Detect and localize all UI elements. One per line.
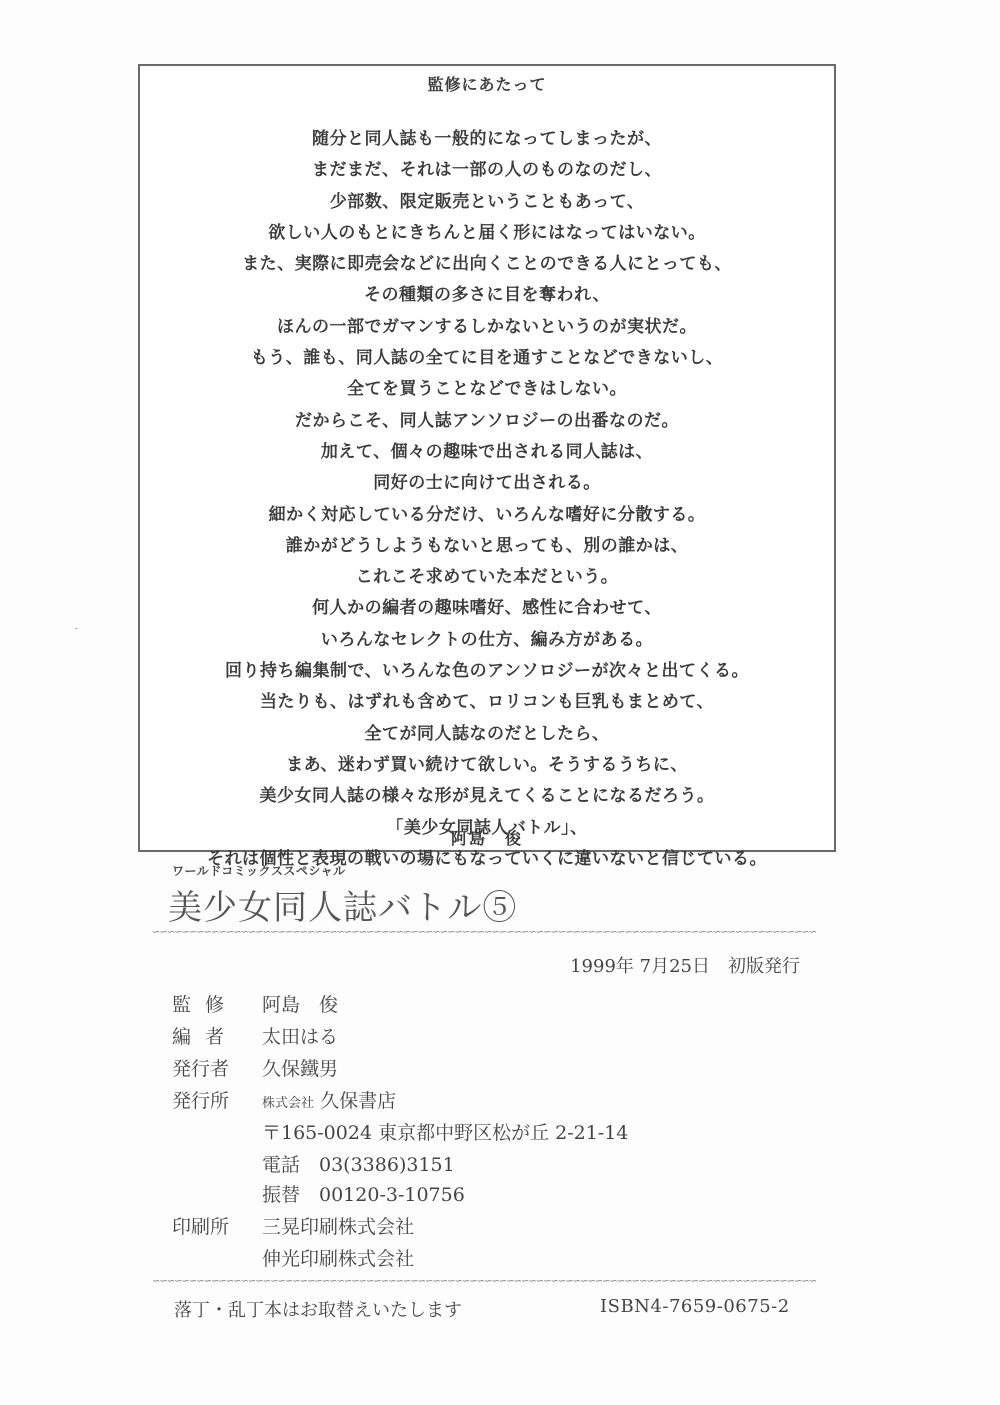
isbn: ISBN4-7659-0675-2	[600, 1296, 790, 1317]
replacement-notice: 落丁・乱丁本はお取替えいたします	[174, 1296, 462, 1322]
foreword-signature: 阿島 俊	[140, 826, 834, 849]
row-label: 発行所	[172, 1086, 252, 1113]
foreword-line: 少部数、限定販売ということもあって、	[140, 187, 834, 218]
ornamental-divider: ∽∽∽∽∽∽∽∽∽∽∽∽∽∽∽∽∽∽∽∽∽∽∽∽∽∽∽∽∽∽∽∽∽∽∽∽∽∽∽∽…	[152, 929, 828, 937]
foreword-line: だからこそ、同人誌アンソロジーの出番なのだ。	[140, 406, 834, 437]
colophon-row-publisher-person: 発行者 久保鐵男	[172, 1054, 772, 1086]
foreword-line: 細かく対応している分だけ、いろんな嗜好に分散する。	[140, 500, 834, 531]
colophon-row-transfer: 振替 00120-3-10756	[172, 1180, 772, 1212]
row-value: 阿島 俊	[262, 990, 338, 1017]
row-value: 電話 03(3386)3151	[262, 1150, 455, 1177]
foreword-line: 全てを買うことなどできはしない。	[140, 374, 834, 405]
row-value: 〒165-0024 東京都中野区松が丘 2-21-14	[262, 1118, 628, 1145]
scan-speck	[75, 628, 78, 629]
foreword-line: 誰かがどうしようもないと思っても、別の誰かは、	[140, 531, 834, 562]
foreword-line: 同好の士に向けて出される。	[140, 468, 834, 499]
company-name: 久保書店	[320, 1090, 396, 1112]
foreword-body: 随分と同人誌も一般的になってしまったが、 まだまだ、それは一部の人のものなのだし…	[140, 124, 834, 875]
ornamental-divider: ∽∽∽∽∽∽∽∽∽∽∽∽∽∽∽∽∽∽∽∽∽∽∽∽∽∽∽∽∽∽∽∽∽∽∽∽∽∽∽∽…	[152, 1278, 828, 1286]
foreword-line: まあ、迷わず買い続けて欲しい。そうするうちに、	[140, 750, 834, 781]
foreword-line: 欲しい人のもとにきちんと届く形にはなってはいない。	[140, 218, 834, 249]
foreword-line: その種類の多さに目を奪われ、	[140, 280, 834, 311]
colophon-row-publisher-company: 発行所 株式会社 久保書店	[172, 1086, 772, 1118]
foreword-line: 美少女同人誌の様々な形が見えてくることになるだろう。	[140, 781, 834, 812]
colophon-row-phone: 電話 03(3386)3151	[172, 1150, 772, 1182]
row-value: 三晃印刷株式会社	[262, 1212, 414, 1239]
row-label: 監修	[172, 990, 252, 1017]
foreword-line: 回り持ち編集制で、いろんな色のアンソロジーが次々と出てくる。	[140, 656, 834, 687]
foreword-line: ほんの一部でガマンするしかないというのが実状だ。	[140, 312, 834, 343]
foreword-title: 監修にあたって	[140, 72, 834, 95]
foreword-line: 当たりも、はずれも含めて、ロリコンも巨乳もまとめて、	[140, 687, 834, 718]
colophon-row-address: 〒165-0024 東京都中野区松が丘 2-21-14	[172, 1118, 772, 1150]
foreword-line: これこそ求めていた本だという。	[140, 562, 834, 593]
foreword-line: また、実際に即売会などに出向くことのできる人にとっても、	[140, 249, 834, 280]
foreword-line: もう、誰も、同人誌の全てに目を通すことなどできないし、	[140, 343, 834, 374]
colophon-row-editor: 編者 太田はる	[172, 1022, 772, 1054]
row-value: 伸光印刷株式会社	[262, 1244, 414, 1271]
row-label: 印刷所	[172, 1212, 252, 1239]
row-label: 編者	[172, 1022, 252, 1049]
row-value: 振替 00120-3-10756	[262, 1180, 465, 1207]
foreword-line: 全てが同人誌なのだとしたら、	[140, 719, 834, 750]
foreword-line: いろんなセレクトの仕方、編み方がある。	[140, 625, 834, 656]
foreword-line: 何人かの編者の趣味嗜好、感性に合わせて、	[140, 593, 834, 624]
colophon-row-printer-2: 伸光印刷株式会社	[172, 1244, 772, 1276]
publication-date: 1999年 7月25日 初版発行	[570, 952, 800, 978]
foreword-line: 随分と同人誌も一般的になってしまったが、	[140, 124, 834, 155]
row-value: 株式会社 久保書店	[262, 1086, 396, 1113]
series-name: ワールドコミックススペシャル	[172, 862, 346, 879]
row-label: 発行者	[172, 1054, 252, 1081]
colophon-row-printer: 印刷所 三晃印刷株式会社	[172, 1212, 772, 1244]
row-value: 太田はる	[262, 1022, 338, 1049]
row-value: 久保鐵男	[262, 1054, 338, 1081]
book-title: 美少女同人誌バトル⑤	[168, 880, 517, 929]
company-prefix: 株式会社	[262, 1096, 314, 1111]
foreword-line: 加えて、個々の趣味で出される同人誌は、	[140, 437, 834, 468]
foreword-box: 監修にあたって 随分と同人誌も一般的になってしまったが、 まだまだ、それは一部の…	[138, 64, 836, 852]
colophon-row-supervisor: 監修 阿島 俊	[172, 990, 772, 1022]
foreword-line: まだまだ、それは一部の人のものなのだし、	[140, 155, 834, 186]
